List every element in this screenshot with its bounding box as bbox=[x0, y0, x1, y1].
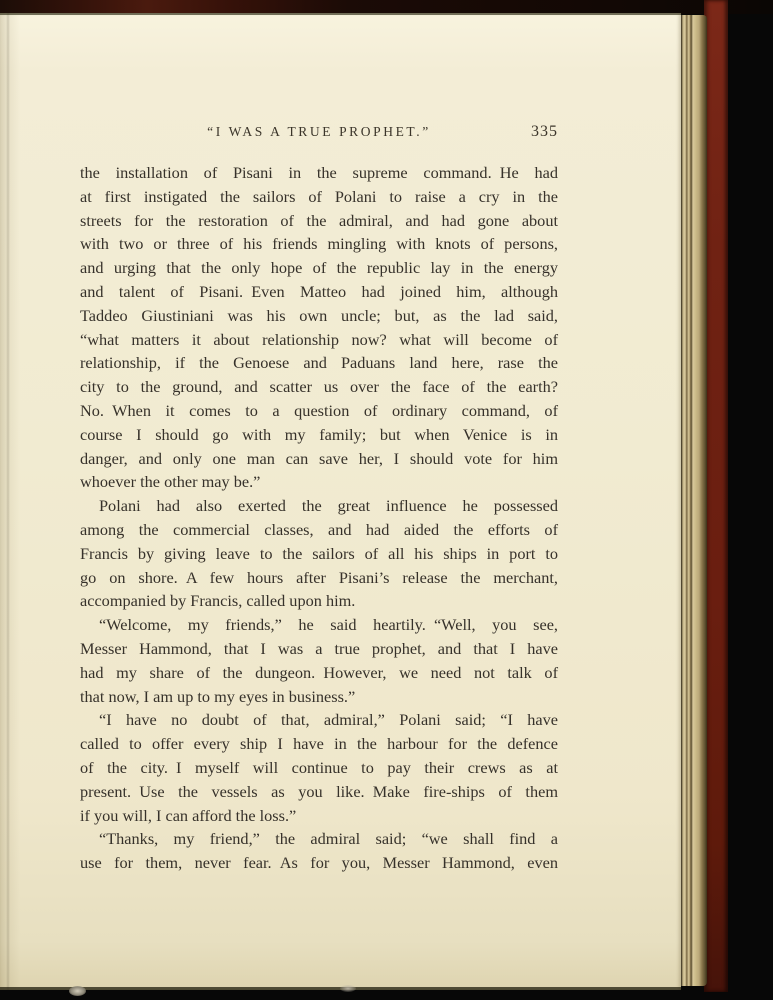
page-number: 335 bbox=[531, 123, 558, 141]
glare-mark bbox=[69, 986, 86, 996]
text-line: use for them, never fear. As for you, Me… bbox=[80, 851, 558, 875]
text-line: danger, and only one man can save her, I… bbox=[80, 447, 558, 471]
running-header: “I WAS A TRUE PROPHET.” 335 bbox=[80, 124, 558, 146]
text-line: Messer Hammond, that I was a true prophe… bbox=[80, 637, 558, 661]
running-title: “I WAS A TRUE PROPHET.” bbox=[80, 124, 558, 140]
text-line: “Welcome, my friends,” he said heartily.… bbox=[80, 613, 558, 637]
text-line: “Thanks, my friend,” the admiral said; “… bbox=[80, 827, 558, 851]
book-photo: “I WAS A TRUE PROPHET.” 335 the installa… bbox=[0, 0, 773, 1000]
text-line: No. When it comes to a question of ordin… bbox=[80, 399, 558, 423]
text-line: “I have no doubt of that, admiral,” Pola… bbox=[80, 708, 558, 732]
text-line: go on shore. A few hours after Pisani’s … bbox=[80, 566, 558, 590]
text-line: called to offer every ship I have in the… bbox=[80, 732, 558, 756]
page-text: the installation of Pisani in the suprem… bbox=[80, 161, 558, 875]
text-line: that now, I am up to my eyes in business… bbox=[80, 685, 558, 709]
text-line: present. Use the vessels as you like. Ma… bbox=[80, 780, 558, 804]
text-line: relationship, if the Genoese and Paduans… bbox=[80, 351, 558, 375]
text-line: Francis by giving leave to the sailors o… bbox=[80, 542, 558, 566]
text-line: and urging that the only hope of the rep… bbox=[80, 256, 558, 280]
text-line: and talent of Pisani. Even Matteo had jo… bbox=[80, 280, 558, 304]
text-line: with two or three of his friends minglin… bbox=[80, 232, 558, 256]
text-line: Polani had also exerted the great influe… bbox=[80, 494, 558, 518]
text-line: city to the ground, and scatter us over … bbox=[80, 375, 558, 399]
book-page: “I WAS A TRUE PROPHET.” 335 the installa… bbox=[0, 13, 681, 990]
glare-mark bbox=[340, 985, 356, 992]
text-line: the installation of Pisani in the suprem… bbox=[80, 161, 558, 185]
page-edges-stack bbox=[680, 15, 707, 986]
text-line: accompanied by Francis, called upon him. bbox=[80, 589, 558, 613]
text-line: at first instigated the sailors of Polan… bbox=[80, 185, 558, 209]
text-line: among the commercial classes, and had ai… bbox=[80, 518, 558, 542]
text-line: course I should go with my family; but w… bbox=[80, 423, 558, 447]
text-line: Taddeo Giustiniani was his own uncle; bu… bbox=[80, 304, 558, 328]
text-line: had my share of the dungeon. However, we… bbox=[80, 661, 558, 685]
text-line: if you will, I can afford the loss.” bbox=[80, 804, 558, 828]
book-cover-right-edge bbox=[704, 0, 728, 992]
book-cover-top-edge bbox=[0, 0, 773, 14]
text-line: whoever the other may be.” bbox=[80, 470, 558, 494]
text-line: streets for the restoration of the admir… bbox=[80, 209, 558, 233]
text-line: of the city. I myself will continue to p… bbox=[80, 756, 558, 780]
text-line: “what matters it about relationship now?… bbox=[80, 328, 558, 352]
